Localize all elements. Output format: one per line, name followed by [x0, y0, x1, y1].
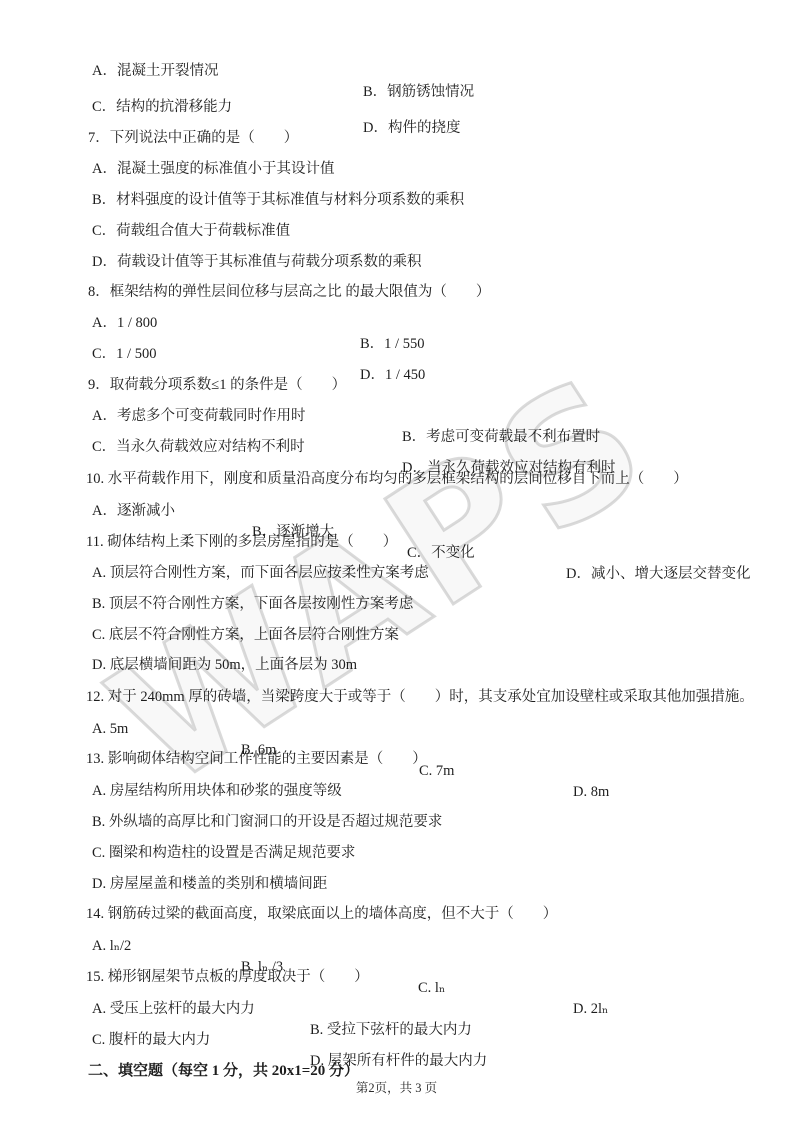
q13-option-row-c: C. 圈梁和构造柱的设置是否满足规范要求: [0, 822, 793, 844]
q7-stem-row: 7．下列说法中正确的是（ ）: [0, 107, 793, 129]
page-number-footer: 第2页，共 3 页: [0, 1078, 793, 1096]
q11-option-row-c: C. 底层不符合刚性方案，上面各层符合刚性方案: [0, 604, 793, 626]
q9-stem-row: 9．取荷载分项系数≤1 的条件是（ ）: [0, 354, 793, 376]
q13-stem-row: 13. 影响砌体结构空间工作性能的主要因素是（ ）: [0, 728, 793, 750]
q15-options-row-1: A. 受压上弦杆的最大内力 B. 受拉下弦杆的最大内力: [0, 978, 793, 1000]
q7-option-row-a: A．混凝土强度的标准值小于其设计值: [0, 138, 793, 160]
q6-options-row-1: A．混凝土开裂情况 B．钢筋锈蚀情况: [0, 40, 793, 62]
q11-option-row-d: D. 底层横墙间距为 50m，上面各层为 30m: [0, 634, 793, 656]
section-2-heading-row: 二、填空题（每空 1 分，共 20x1=20 分）: [0, 1040, 793, 1062]
q13-option-row-d: D. 房屋屋盖和楼盖的类别和横墙间距: [0, 853, 793, 875]
q8-options-row-2: C．1 / 500 D．1 / 450: [0, 323, 793, 345]
q10-options-row: A．逐渐减小 B．逐渐增大 C．不变化 D．减小、增大逐层交替变化: [0, 480, 793, 502]
q9-options-row-2: C．当永久荷载效应对结构不利时 D．当永久荷载效应对结构有利时: [0, 416, 793, 438]
q9-options-row-1: A．考虑多个可变荷载同时作用时 B．考虑可变荷载最不利布置时: [0, 385, 793, 407]
q7-option-row-b: B．材料强度的设计值等于其标准值与材料分项系数的乘积: [0, 169, 793, 191]
q14-options-row: A. lₙ/2 B. lₙ /3 C. lₙ D. 2lₙ: [0, 915, 793, 937]
q7-option-row-c: C．荷载组合值大于荷载标准值: [0, 200, 793, 222]
q13-option-row-b: B. 外纵墙的高厚比和门窗洞口的开设是否超过规范要求: [0, 791, 793, 813]
q8-stem-row: 8．框架结构的弹性层间位移与层高之比 的最大限值为（ ）: [0, 261, 793, 283]
q14-stem-row: 14. 钢筋砖过梁的截面高度，取梁底面以上的墙体高度，但不大于（ ）: [0, 883, 793, 905]
q10-stem-row: 10. 水平荷载作用下，刚度和质量沿高度分布均匀的多层框架结构的层间位移自下而上…: [0, 448, 793, 470]
q15-options-row-2: C. 腹杆的最大内力 D. 屋架所有杆件的最大内力: [0, 1009, 793, 1031]
q7-option-row-d: D．荷载设计值等于其标准值与荷载分项系数的乘积: [0, 231, 793, 253]
q11-option-row-b: B. 顶层不符合刚性方案，下面各层按刚性方案考虑: [0, 573, 793, 595]
q11-option-row-a: A. 顶层符合刚性方案，而下面各层应按柔性方案考虑: [0, 542, 793, 564]
q11-stem-row: 11. 砌体结构上柔下刚的多层房屋指的是（ ）: [0, 511, 793, 533]
q12-stem-row: 12. 对于 240mm 厚的砖墙，当梁跨度大于或等于（ ）时，其支承处宜加设壁…: [0, 666, 793, 688]
q12-options-row: A. 5m B. 6m C. 7m D. 8m: [0, 698, 793, 720]
exam-content: A．混凝土开裂情况 B．钢筋锈蚀情况 C．结构的抗滑移能力 D．构件的挠度 7．…: [0, 0, 793, 1122]
q13-option-row-a: A. 房屋结构所用块体和砂浆的强度等级: [0, 760, 793, 782]
q6-options-row-2: C．结构的抗滑移能力 D．构件的挠度: [0, 76, 793, 98]
q8-options-row-1: A．1 / 800 B．1 / 550: [0, 292, 793, 314]
exam-page: WAPS A．混凝土开裂情况 B．钢筋锈蚀情况 C．结构的抗滑移能力 D．构件的…: [0, 0, 793, 1122]
q15-stem-row: 15. 梯形钢屋架节点板的厚度取决于（ ）: [0, 946, 793, 968]
